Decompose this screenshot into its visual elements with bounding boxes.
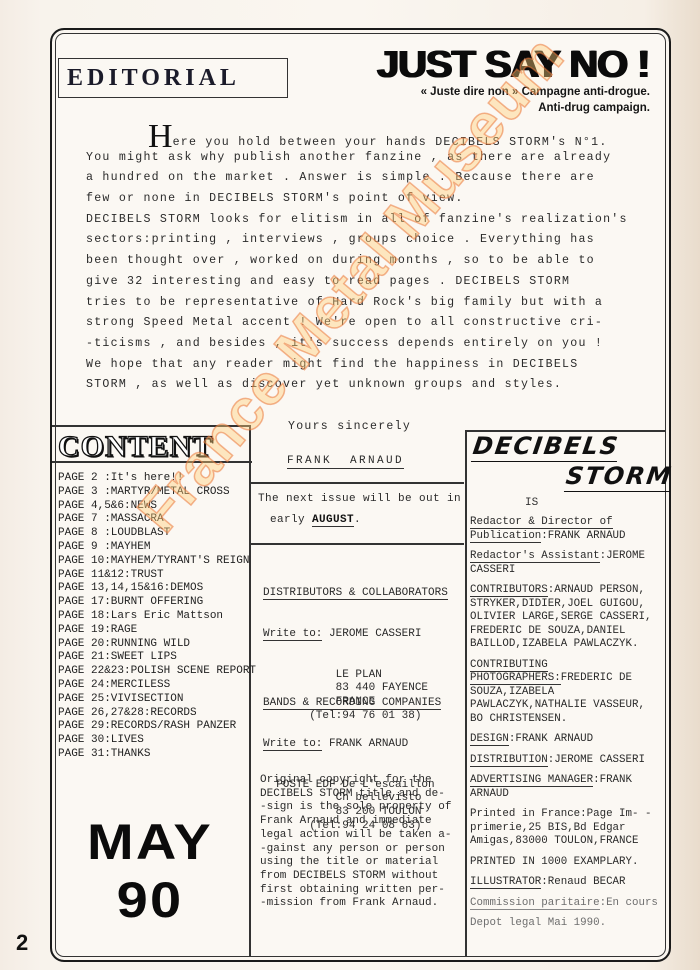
- editorial-first-line: Here you hold between your hands DECIBEL…: [86, 127, 646, 148]
- content-list-item: PAGE 21:SWEET LIPS: [58, 651, 248, 665]
- editorial-line: DECIBELS STORM looks for elitism in all …: [86, 210, 646, 231]
- decibels-storm-logo-line1: DECIBELS: [471, 432, 621, 462]
- credit-entry: Depot legal Mai 1990.: [470, 917, 660, 931]
- content-list-item: PAGE 25:VIVISECTION: [58, 693, 248, 707]
- credit-value: :FRANK ARNAUD: [509, 733, 593, 745]
- credit-value: :Renaud BECAR: [541, 876, 625, 888]
- content-list-item: PAGE 20:RUNNING WILD: [58, 638, 248, 652]
- copyright-notice: Original copyright for the DECIBELS STOR…: [260, 774, 465, 911]
- credit-entry: DISTRIBUTION:JEROME CASSERI: [470, 754, 660, 768]
- editorial-body: Here you hold between your hands DECIBEL…: [86, 127, 646, 396]
- headline-subtitle-en: Anti-drug campaign.: [538, 102, 650, 114]
- distributors-name: JEROME CASSERI: [322, 628, 421, 640]
- content-list-item: PAGE 11&12:TRUST: [58, 569, 248, 583]
- content-list-item: PAGE 26,27&28:RECORDS: [58, 707, 248, 721]
- content-list-item: PAGE 2 :It's here!!: [58, 472, 248, 486]
- credit-entry: CONTRIBUTING PHOTOGRAPHERS:FREDERIC DE S…: [470, 659, 660, 727]
- editorial-line: give 32 interesting and easy to read pag…: [86, 272, 646, 293]
- editorial-line: few or none in DECIBELS STORM's point of…: [86, 189, 646, 210]
- content-title: CONTENT: [58, 430, 213, 464]
- next-issue-notice: The next issue will be out in early AUGU…: [258, 489, 463, 531]
- content-list-item: PAGE 17:BURNT OFFERING: [58, 596, 248, 610]
- next-issue-month: AUGUST: [312, 514, 354, 527]
- content-list-item: PAGE 10:MAYHEM/TYRANT'S REIGN: [58, 555, 248, 569]
- content-list-item: PAGE 7 :MASSACRA: [58, 513, 248, 527]
- credit-entry: Redactor & Director of Publication:FRANK…: [470, 516, 660, 543]
- credit-role: CONTRIBUTING PHOTOGRAPHERS:: [470, 659, 561, 686]
- bands-heading: BANDS & RECORDING COMPANIES: [263, 697, 441, 710]
- content-list-item: PAGE 22&23:POLISH SCENE REPORT: [58, 665, 248, 679]
- headline: JUST SAY NO !: [376, 44, 648, 87]
- editorial-line: tries to be representative of Hard Rock'…: [86, 293, 646, 314]
- content-list-item: PAGE 19:RAGE: [58, 624, 248, 638]
- signature-rule: [250, 482, 464, 484]
- editorial-line: -ticisms , and besides , it's success de…: [86, 334, 646, 355]
- credit-role: DESIGN: [470, 733, 509, 746]
- credit-role: CONTRIBUTORS: [470, 584, 548, 597]
- content-list-item: PAGE 30:LIVES: [58, 734, 248, 748]
- credit-role: ADVERTISING MANAGER: [470, 774, 593, 787]
- credit-value: Depot legal Mai 1990.: [470, 917, 606, 929]
- content-list-item: PAGE 18:Lars Eric Mattson: [58, 610, 248, 624]
- credit-entry: DESIGN:FRANK ARNAUD: [470, 733, 660, 747]
- credit-role: Commission paritaire: [470, 897, 600, 910]
- editorial-line: sectors:printing , interviews , groups c…: [86, 230, 646, 251]
- issue-date: MAY 90: [49, 813, 251, 929]
- next-issue-rule: [250, 543, 464, 545]
- content-top-rule: [52, 425, 249, 427]
- right-column-divider: [465, 430, 467, 957]
- credit-entry: ADVERTISING MANAGER:FRANK ARNAUD: [470, 774, 660, 801]
- credit-role: Redactor's Assistant: [470, 550, 600, 563]
- bands-name: FRANK ARNAUD: [322, 738, 408, 750]
- content-list-item: PAGE 4,5&6:NEWS: [58, 500, 248, 514]
- editorial-line: STORM , as well as discover yet unknown …: [86, 375, 646, 396]
- editorial-line: been thought over , worked on during mon…: [86, 251, 646, 272]
- page-number: 2: [16, 930, 28, 956]
- content-list-item: PAGE 13,14,15&16:DEMOS: [58, 582, 248, 596]
- content-list-item: PAGE 29:RECORDS/RASH PANZER: [58, 720, 248, 734]
- content-list-item: PAGE 31:THANKS: [58, 748, 248, 762]
- distributors-heading: DISTRIBUTORS & COLLABORATORS: [263, 587, 448, 600]
- issue-year: 90: [49, 871, 251, 929]
- credit-value: PRINTED IN 1000 EXAMPLARY.: [470, 856, 638, 868]
- signature: FRANK ARNAUD: [287, 455, 404, 469]
- editorial-line: strong Speed Metal accent ! We're open t…: [86, 313, 646, 334]
- editorial-line: a hundred on the market . Answer is simp…: [86, 168, 646, 189]
- issue-month: MAY: [49, 813, 251, 871]
- content-list-item: PAGE 3 :MARTYR/METAL CROSS: [58, 486, 248, 500]
- credit-entry: CONTRIBUTORS:ARNAUD PERSON, STRYKER,DIDI…: [470, 584, 660, 652]
- credit-role: DISTRIBUTION: [470, 754, 548, 767]
- credit-entry: Commission paritaire:En cours: [470, 897, 660, 911]
- content-list-item: PAGE 9 :MAYHEM: [58, 541, 248, 555]
- editorial-lines: You might ask why publish another fanzin…: [86, 148, 646, 396]
- closing-salutation: Yours sincerely: [288, 420, 411, 433]
- editorial-line: You might ask why publish another fanzin…: [86, 148, 646, 169]
- content-list-item: PAGE 24:MERCILESS: [58, 679, 248, 693]
- credit-entry: Redactor's Assistant:JEROME CASSERI: [470, 550, 660, 577]
- credit-entry: Printed in France:Page Im- -primerie,25 …: [470, 808, 660, 849]
- content-list: PAGE 2 :It's here!!PAGE 3 :MARTYR/METAL …: [58, 472, 248, 762]
- credit-value: :FRANK ARNAUD: [541, 530, 625, 542]
- credit-role: ILLUSTRATOR: [470, 876, 541, 889]
- credit-value: Printed in France:Page Im- -primerie,25 …: [470, 808, 651, 847]
- credit-entry: ILLUSTRATOR:Renaud BECAR: [470, 876, 660, 890]
- credit-value: :JEROME CASSERI: [548, 754, 645, 766]
- decibels-storm-logo-line2: STORM: [564, 462, 675, 492]
- editorial-section-label: EDITORIAL: [58, 58, 288, 98]
- content-list-item: PAGE 8 :LOUDBLAST: [58, 527, 248, 541]
- headline-subtitle-fr: « Juste dire non » Campagne anti-drogue.: [421, 86, 650, 98]
- masthead-is-label: IS: [525, 497, 538, 509]
- credit-entry: PRINTED IN 1000 EXAMPLARY.: [470, 856, 660, 870]
- credit-value: :En cours: [600, 897, 658, 909]
- masthead-credits: Redactor & Director of Publication:FRANK…: [470, 516, 660, 938]
- editorial-line: We hope that any reader might find the h…: [86, 355, 646, 376]
